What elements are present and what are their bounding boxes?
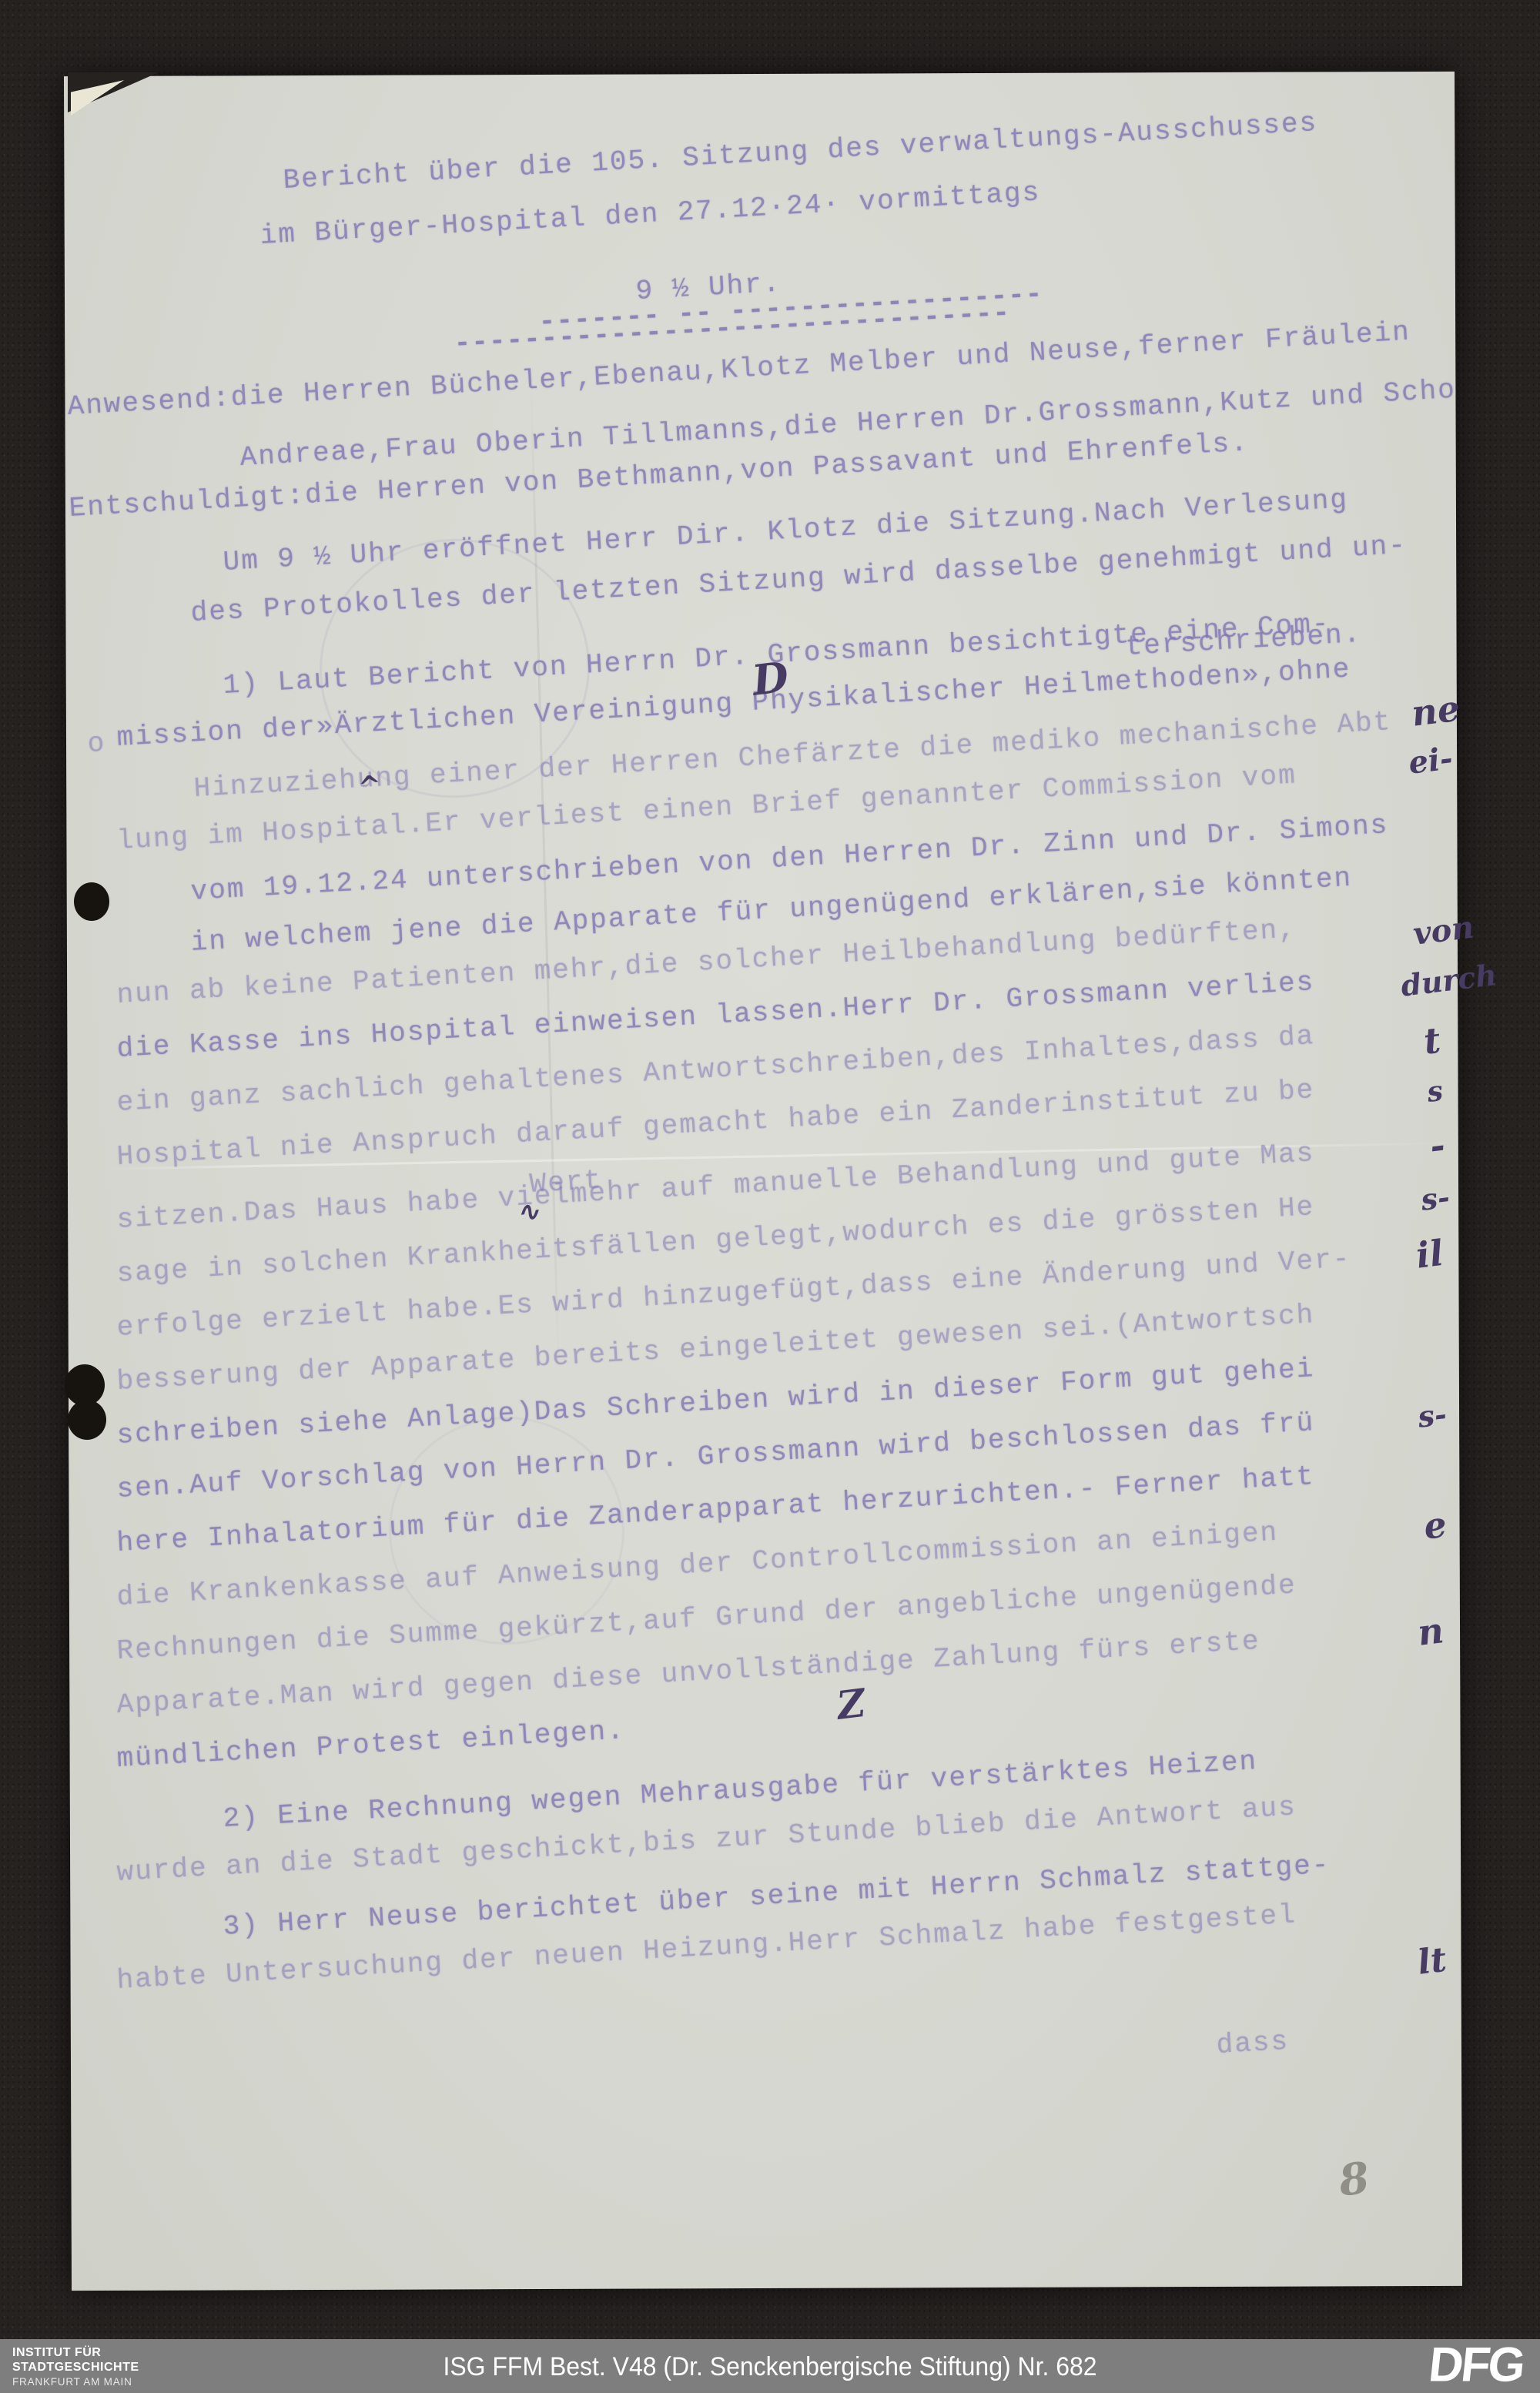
handwritten-annotation: s- — [1416, 1397, 1448, 1434]
handwritten-annotation: 8 — [1336, 2153, 1372, 2207]
handwritten-annotation: n — [1415, 1609, 1446, 1654]
handwritten-annotation: ^ — [357, 769, 383, 804]
punch-hole — [68, 1400, 106, 1440]
handwritten-annotation: D — [749, 652, 791, 705]
handwritten-annotation: il — [1414, 1232, 1445, 1277]
handwritten-annotation: Z — [835, 1680, 868, 1729]
dfg-logo: DFG — [1426, 2337, 1525, 2392]
punch-hole — [74, 882, 109, 921]
handwritten-annotation: ei- — [1407, 740, 1455, 781]
typed-line: dass — [1216, 2026, 1291, 2061]
handwritten-annotation: lt — [1415, 1940, 1448, 1983]
handwritten-annotation: von — [1411, 909, 1476, 952]
archive-footer-bar: INSTITUT FÜR STADTGESCHICHTE FRANKFURT A… — [0, 2339, 1540, 2393]
handwritten-annotation: s- — [1419, 1180, 1451, 1217]
handwritten-annotation: ne — [1409, 688, 1462, 735]
archive-reference-caption: ISG FFM Best. V48 (Dr. Senckenbergische … — [46, 2352, 1494, 2382]
typed-line: o — [87, 728, 107, 760]
handwritten-annotation: ∿ — [515, 1196, 541, 1229]
archive-scan-viewer: Bericht über die 105. Sitzung des verwal… — [0, 0, 1540, 2393]
